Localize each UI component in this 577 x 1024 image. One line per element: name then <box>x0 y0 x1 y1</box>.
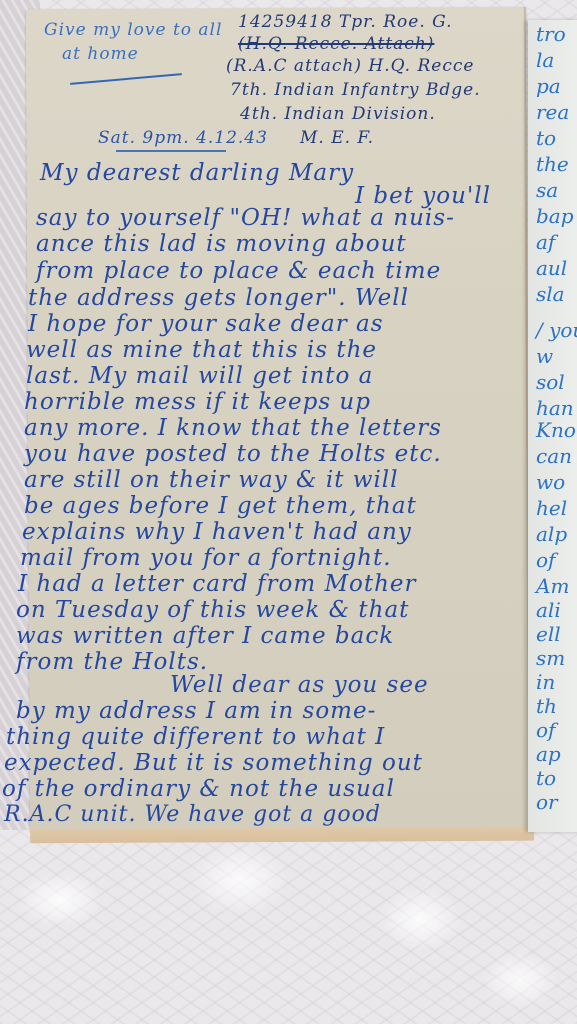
address-line-3: (R.A.C attach) H.Q. Recce <box>226 56 474 76</box>
right-page-fragment: th <box>536 694 557 718</box>
address-line-6: M. E. F. <box>300 128 374 148</box>
body-line: you have posted to the Holts etc. <box>24 441 442 467</box>
right-page-fragment: in <box>536 670 555 694</box>
body-line: horrible mess if it keeps up <box>24 389 371 415</box>
body-line: by my address I am in some- <box>16 698 376 724</box>
right-page-fragment: the <box>536 152 569 176</box>
body-line: ance this lad is moving about <box>36 231 407 257</box>
address-line-1: 14259418 Tpr. Roe. G. <box>238 12 453 32</box>
body-line: R.A.C unit. We have got a good <box>4 802 381 827</box>
body-line: was written after I came back <box>16 623 394 649</box>
body-line: explains why I haven't had any <box>22 519 412 545</box>
body-line: Well dear as you see <box>170 672 429 698</box>
right-page-fragment: pa <box>536 74 561 98</box>
body-line: any more. I know that the letters <box>24 415 442 441</box>
right-page-fragment: sla <box>536 282 565 306</box>
body-line: from place to place & each time <box>36 258 441 284</box>
right-page-fragment: w <box>536 344 553 368</box>
right-page-fragment: tro <box>536 22 566 46</box>
right-page-fragment: hel <box>536 496 567 520</box>
body-line: thing quite different to what I <box>6 724 385 750</box>
body-line: I had a letter card from Mother <box>18 571 417 597</box>
right-page-fragment: to <box>536 126 556 150</box>
right-page-fragment: alp <box>536 522 567 546</box>
address-line-4: 7th. Indian Infantry Bdge. <box>230 80 481 100</box>
right-page-fragment: sol <box>536 370 565 394</box>
right-page-fragment: aul <box>536 256 567 280</box>
address-line-2-struck: (H.Q. Recce. Attach) <box>238 34 434 54</box>
right-page-fragment: or <box>536 790 558 814</box>
right-page-fragment: Kno <box>536 418 576 442</box>
right-page-fragment: can <box>536 444 572 468</box>
right-page-fragment: wo <box>536 470 565 494</box>
body-line: well as mine that this is the <box>26 337 377 363</box>
date-underline-stroke <box>116 150 226 152</box>
right-page-fragment: / you <box>536 318 577 342</box>
right-page-fragment: of <box>536 548 555 572</box>
right-page-fragment: sm <box>536 646 565 670</box>
right-page-fragment: to <box>536 766 556 790</box>
right-page-fragment: sa <box>536 178 558 202</box>
margin-note-line-1: Give my love to all <box>44 20 222 40</box>
address-line-5: 4th. Indian Division. <box>240 104 436 124</box>
margin-note-line-2: at home <box>62 44 139 64</box>
right-page-fragment: of <box>536 718 555 742</box>
body-line: the address gets longer". Well <box>28 285 409 311</box>
body-line: last. My mail will get into a <box>26 363 373 389</box>
letter-date: Sat. 9pm. 4.12.43 <box>98 128 268 148</box>
body-line: I hope for your sake dear as <box>28 311 384 337</box>
right-page-fragment: bap <box>536 204 574 228</box>
right-page-fragment: rea <box>536 100 569 124</box>
body-line: mail from you for a fortnight. <box>20 545 392 571</box>
salutation: My dearest darling Mary <box>40 160 354 186</box>
right-page-fragment: Am <box>536 574 569 598</box>
body-line: on Tuesday of this week & that <box>16 597 409 623</box>
body-line: are still on their way & it will <box>24 467 399 493</box>
right-page-fragment: la <box>536 48 554 72</box>
body-line: say to yourself "OH! what a nuis- <box>36 205 455 231</box>
right-page-fragment: af <box>536 230 555 254</box>
right-page-fragment: ap <box>536 742 561 766</box>
body-line: expected. But it is something out <box>4 750 423 776</box>
right-page-fragment: han <box>536 396 574 420</box>
right-page-fragment: ell <box>536 622 561 646</box>
right-page-fragment: ali <box>536 598 561 622</box>
body-line: of the ordinary & not the usual <box>2 776 395 802</box>
body-line: be ages before I get them, that <box>24 493 417 519</box>
